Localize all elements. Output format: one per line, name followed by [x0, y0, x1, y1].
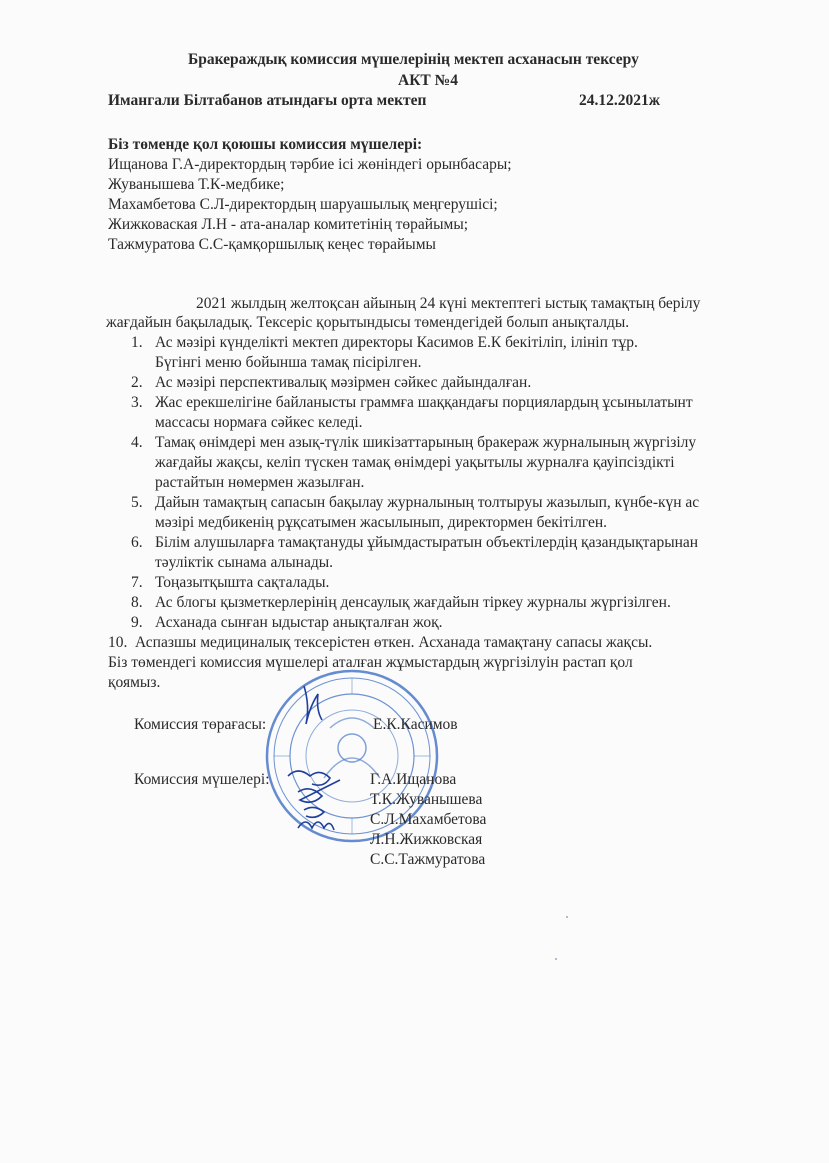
list-item-text: Дайын тамақтың сапасын бақылау журналыны…	[155, 493, 699, 513]
list-item-number: 10.	[108, 633, 127, 653]
scan-speck	[555, 958, 557, 960]
list-item-number: 8.	[131, 593, 143, 613]
member-line: Жижковаская Л.Н - ата-аналар комитетінің…	[108, 215, 468, 235]
list-item-text: тәуліктік сынама алынады.	[155, 553, 333, 573]
list-item-number: 3.	[131, 393, 143, 413]
list-item-text: Білім алушыларға тамақтануды ұйымдастыра…	[155, 533, 698, 553]
closing-line: қоямыз.	[108, 673, 160, 693]
scan-speck	[566, 916, 568, 918]
document-page: Бракераждық комиссия мүшелерінің мектеп …	[0, 0, 829, 1163]
document-title: Бракераждық комиссия мүшелерінің мектеп …	[188, 51, 639, 69]
school-name: Имангали Білтабанов атындағы орта мектеп	[108, 92, 426, 110]
members-heading: Біз төменде қол қоюшы комиссия мүшелері:	[108, 135, 422, 155]
member-signature-name: С.Л.Махамбетова	[370, 810, 486, 830]
list-item-text: Асханада сынған ыдыстар анықталған жоқ.	[155, 613, 443, 633]
list-item-text: растайтын нөмермен жазылған.	[155, 473, 364, 493]
intro-paragraph-line: 2021 жылдың желтоқсан айының 24 күні мек…	[196, 294, 700, 314]
members-label: Комиссия мүшелері:	[134, 770, 270, 790]
list-item-number: 6.	[131, 533, 143, 553]
member-line: Жуванышева Т.К-медбике;	[108, 175, 284, 195]
list-item-number: 9.	[131, 613, 143, 633]
list-item-text: Ас мәзірі перспективалық мәзірмен сәйкес…	[155, 373, 531, 393]
list-item-text: Ас блогы қызметкерлерінің денсаулық жағд…	[155, 593, 671, 613]
member-signature-name: Л.Н.Жижковская	[370, 830, 482, 850]
list-item-text: массасы нормаға сәйкес келеді.	[155, 413, 363, 433]
member-line: Тажмуратова С.С-қамқоршылық кеңес төрайы…	[108, 235, 436, 255]
member-signature-name: Т.К.Жуванышева	[370, 790, 482, 810]
list-item-number: 5.	[131, 493, 143, 513]
list-item-number: 7.	[131, 573, 143, 593]
member-line: Ищанова Г.А-директордың тәрбие ісі жөнін…	[108, 155, 512, 175]
list-item-text: Ас мәзірі күнделікті мектеп директоры Ка…	[155, 333, 638, 353]
chair-name: Е.К.Касимов	[373, 715, 458, 735]
list-item-text: Бүгінгі меню бойынша тамақ пісірілген.	[155, 353, 422, 373]
list-item-text: Тоңазытқышта сақталады.	[155, 573, 329, 593]
member-signature-name: С.С.Тажмуратова	[370, 850, 485, 870]
act-number: АКТ №4	[398, 72, 458, 90]
member-signature-name: Г.А.Ищанова	[370, 770, 456, 790]
chair-label: Комиссия төрағасы:	[134, 715, 266, 735]
list-item-text: Тамақ өнімдері мен азық-түлік шикізаттар…	[155, 433, 696, 453]
list-item-text: Жас ерекшелігіне байланысты граммға шаққ…	[155, 393, 693, 413]
list-item-text: мәзірі медбикенің рұқсатымен жасылынып, …	[155, 513, 607, 533]
document-date: 24.12.2021ж	[579, 92, 660, 110]
list-item-number: 4.	[131, 433, 143, 453]
list-item-text: Аспазшы медициналық тексерістен өткен. А…	[135, 633, 652, 653]
list-item-number: 2.	[131, 373, 143, 393]
list-item-number: 1.	[131, 333, 143, 353]
list-item-text: жағдайы жақсы, келіп түскен тамақ өнімде…	[155, 453, 675, 473]
member-line: Махамбетова С.Л-директордың шаруашылық м…	[108, 195, 498, 215]
intro-paragraph-line: жағдайын бақыладық. Тексеріс қорытындысы…	[106, 313, 629, 333]
